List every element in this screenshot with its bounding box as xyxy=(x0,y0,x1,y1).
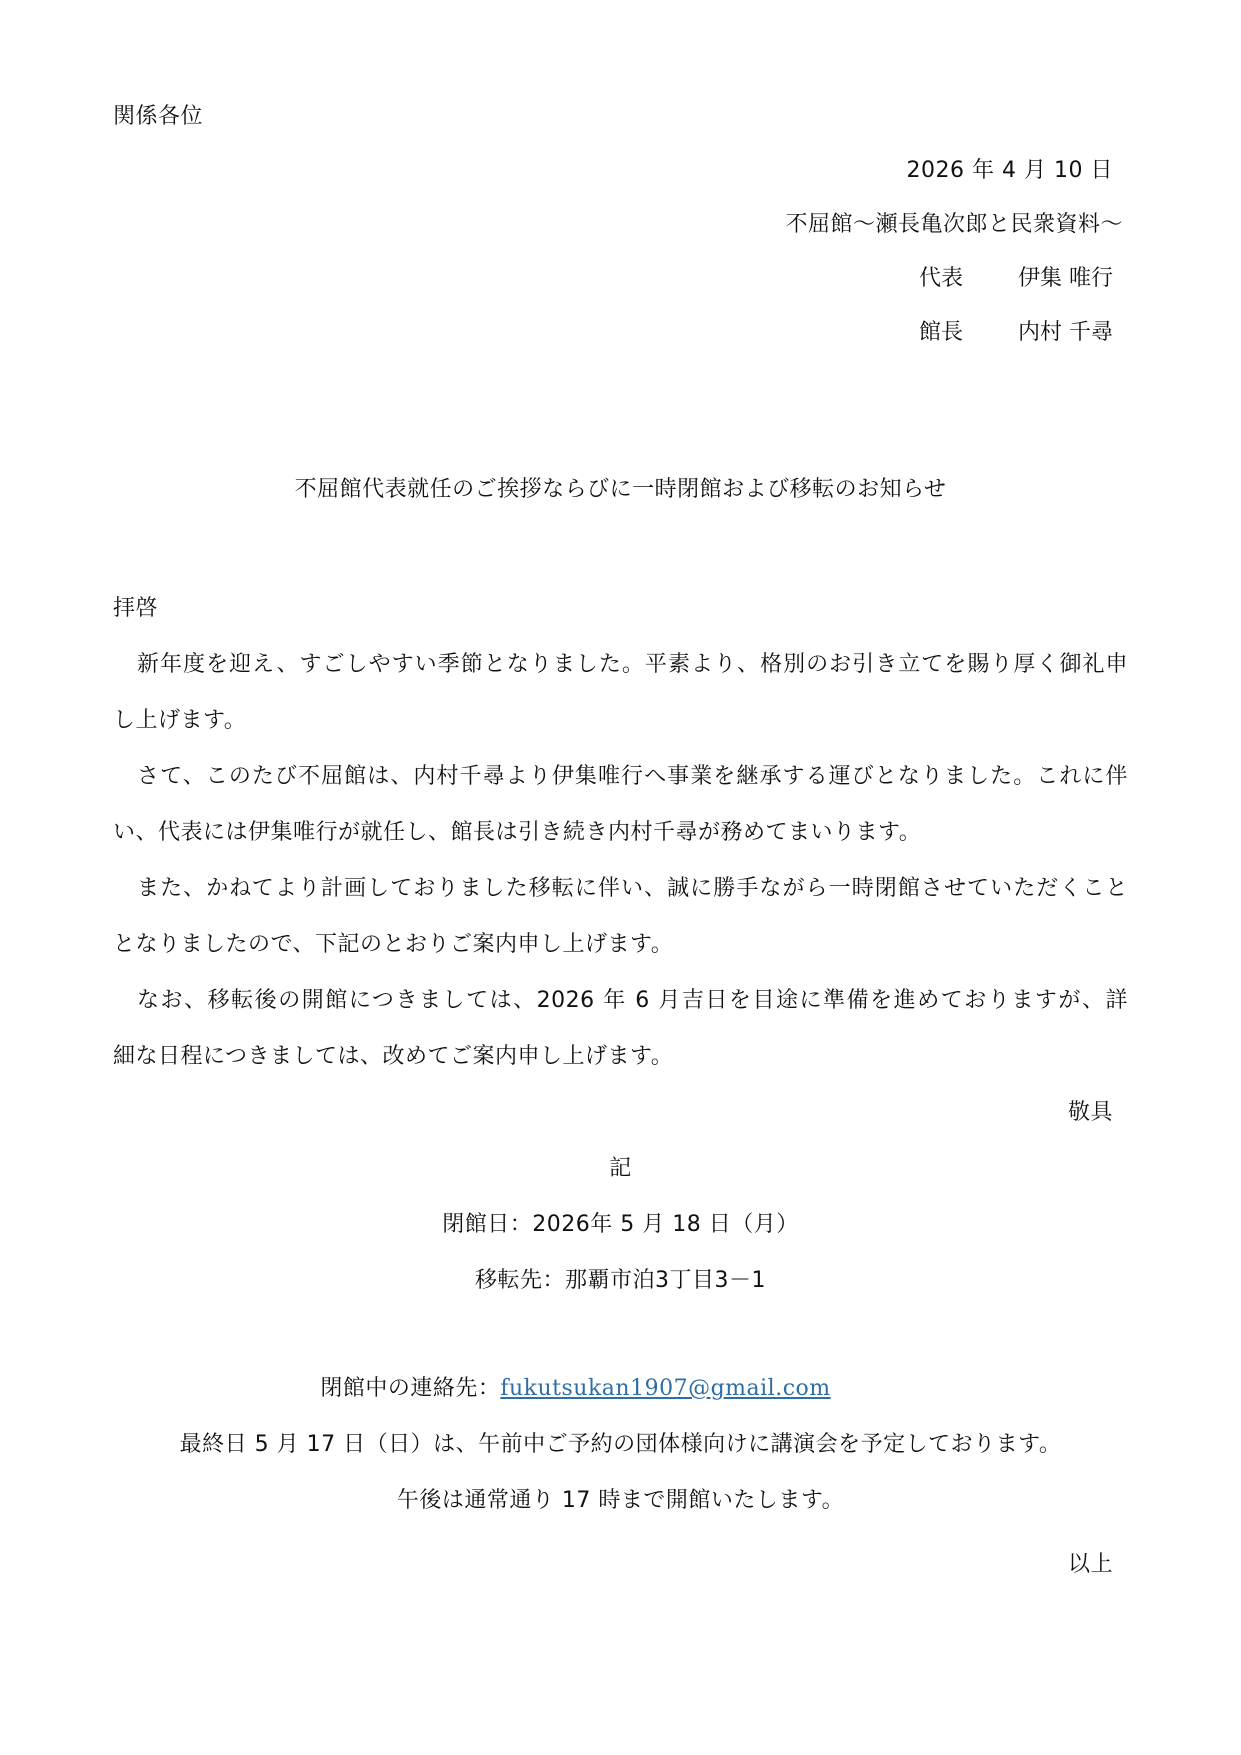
contact-label: 閉館中の連絡先： xyxy=(320,1376,500,1401)
signatory-title: 代表 xyxy=(919,264,1001,294)
paragraph-4-line-2: 細な日程につきましては、改めてご案内申し上げます。 xyxy=(113,1042,673,1072)
addressee: 関係各位 xyxy=(113,102,203,132)
signatory-name: 内村 千尋 xyxy=(1001,318,1113,348)
new-location: 移転先：那覇市泊3丁目3－1 xyxy=(0,1266,1241,1296)
signatory-director: 館長 内村 千尋 xyxy=(919,318,1113,348)
organization-name: 不屈館～瀬長亀次郎と民衆資料～ xyxy=(785,210,1123,240)
contact-email-link[interactable]: fukutsukan1907@gmail.com xyxy=(500,1376,830,1401)
signatory-title: 館長 xyxy=(919,318,1001,348)
paragraph-3-line-1: また、かねてより計画しておりました移転に伴い、誠に勝手ながら一時閉館させていただ… xyxy=(113,874,1128,904)
paragraph-2-line-2: い、代表には伊集唯行が就任し、館長は引き続き内村千尋が務めてまいります。 xyxy=(113,818,921,848)
letter-date: 2026 年 4 月 10 日 xyxy=(907,156,1113,186)
paragraph-1-line-2: し上げます。 xyxy=(113,706,246,736)
end-mark: 以上 xyxy=(1068,1550,1113,1580)
subject-title: 不屈館代表就任のご挨拶ならびに一時閉館および移転のお知らせ xyxy=(0,475,1241,505)
notes-heading: 記 xyxy=(0,1154,1241,1184)
signatory-representative: 代表 伊集 唯行 xyxy=(919,264,1113,294)
afternoon-note: 午後は通常通り 17 時まで開館いたします。 xyxy=(0,1486,1241,1516)
closing-date: 閉館日：2026年 5 月 18 日（月） xyxy=(0,1210,1241,1240)
paragraph-4-line-1: なお、移転後の開館につきましては、2026 年 6 月吉日を目途に準備を進めてお… xyxy=(113,986,1128,1016)
paragraph-3-line-2: となりましたので、下記のとおりご案内申し上げます。 xyxy=(113,930,673,960)
signatory-name: 伊集 唯行 xyxy=(1001,264,1113,294)
paragraph-2-line-1: さて、このたび不屈館は、内村千尋より伊集唯行へ事業を継承する運びとなりました。こ… xyxy=(113,762,1128,792)
paragraph-1-line-1: 新年度を迎え、すごしやすい季節となりました。平素より、格別のお引き立てを賜り厚く… xyxy=(113,650,1128,680)
contact-line: 閉館中の連絡先：fukutsukan1907@gmail.com xyxy=(0,1374,1151,1404)
opening-salutation: 拝啓 xyxy=(113,594,158,624)
final-day-note: 最終日 5 月 17 日（日）は、午前中ご予約の団体様向けに講演会を予定しており… xyxy=(0,1430,1241,1460)
closing-salutation: 敬具 xyxy=(1068,1098,1113,1128)
